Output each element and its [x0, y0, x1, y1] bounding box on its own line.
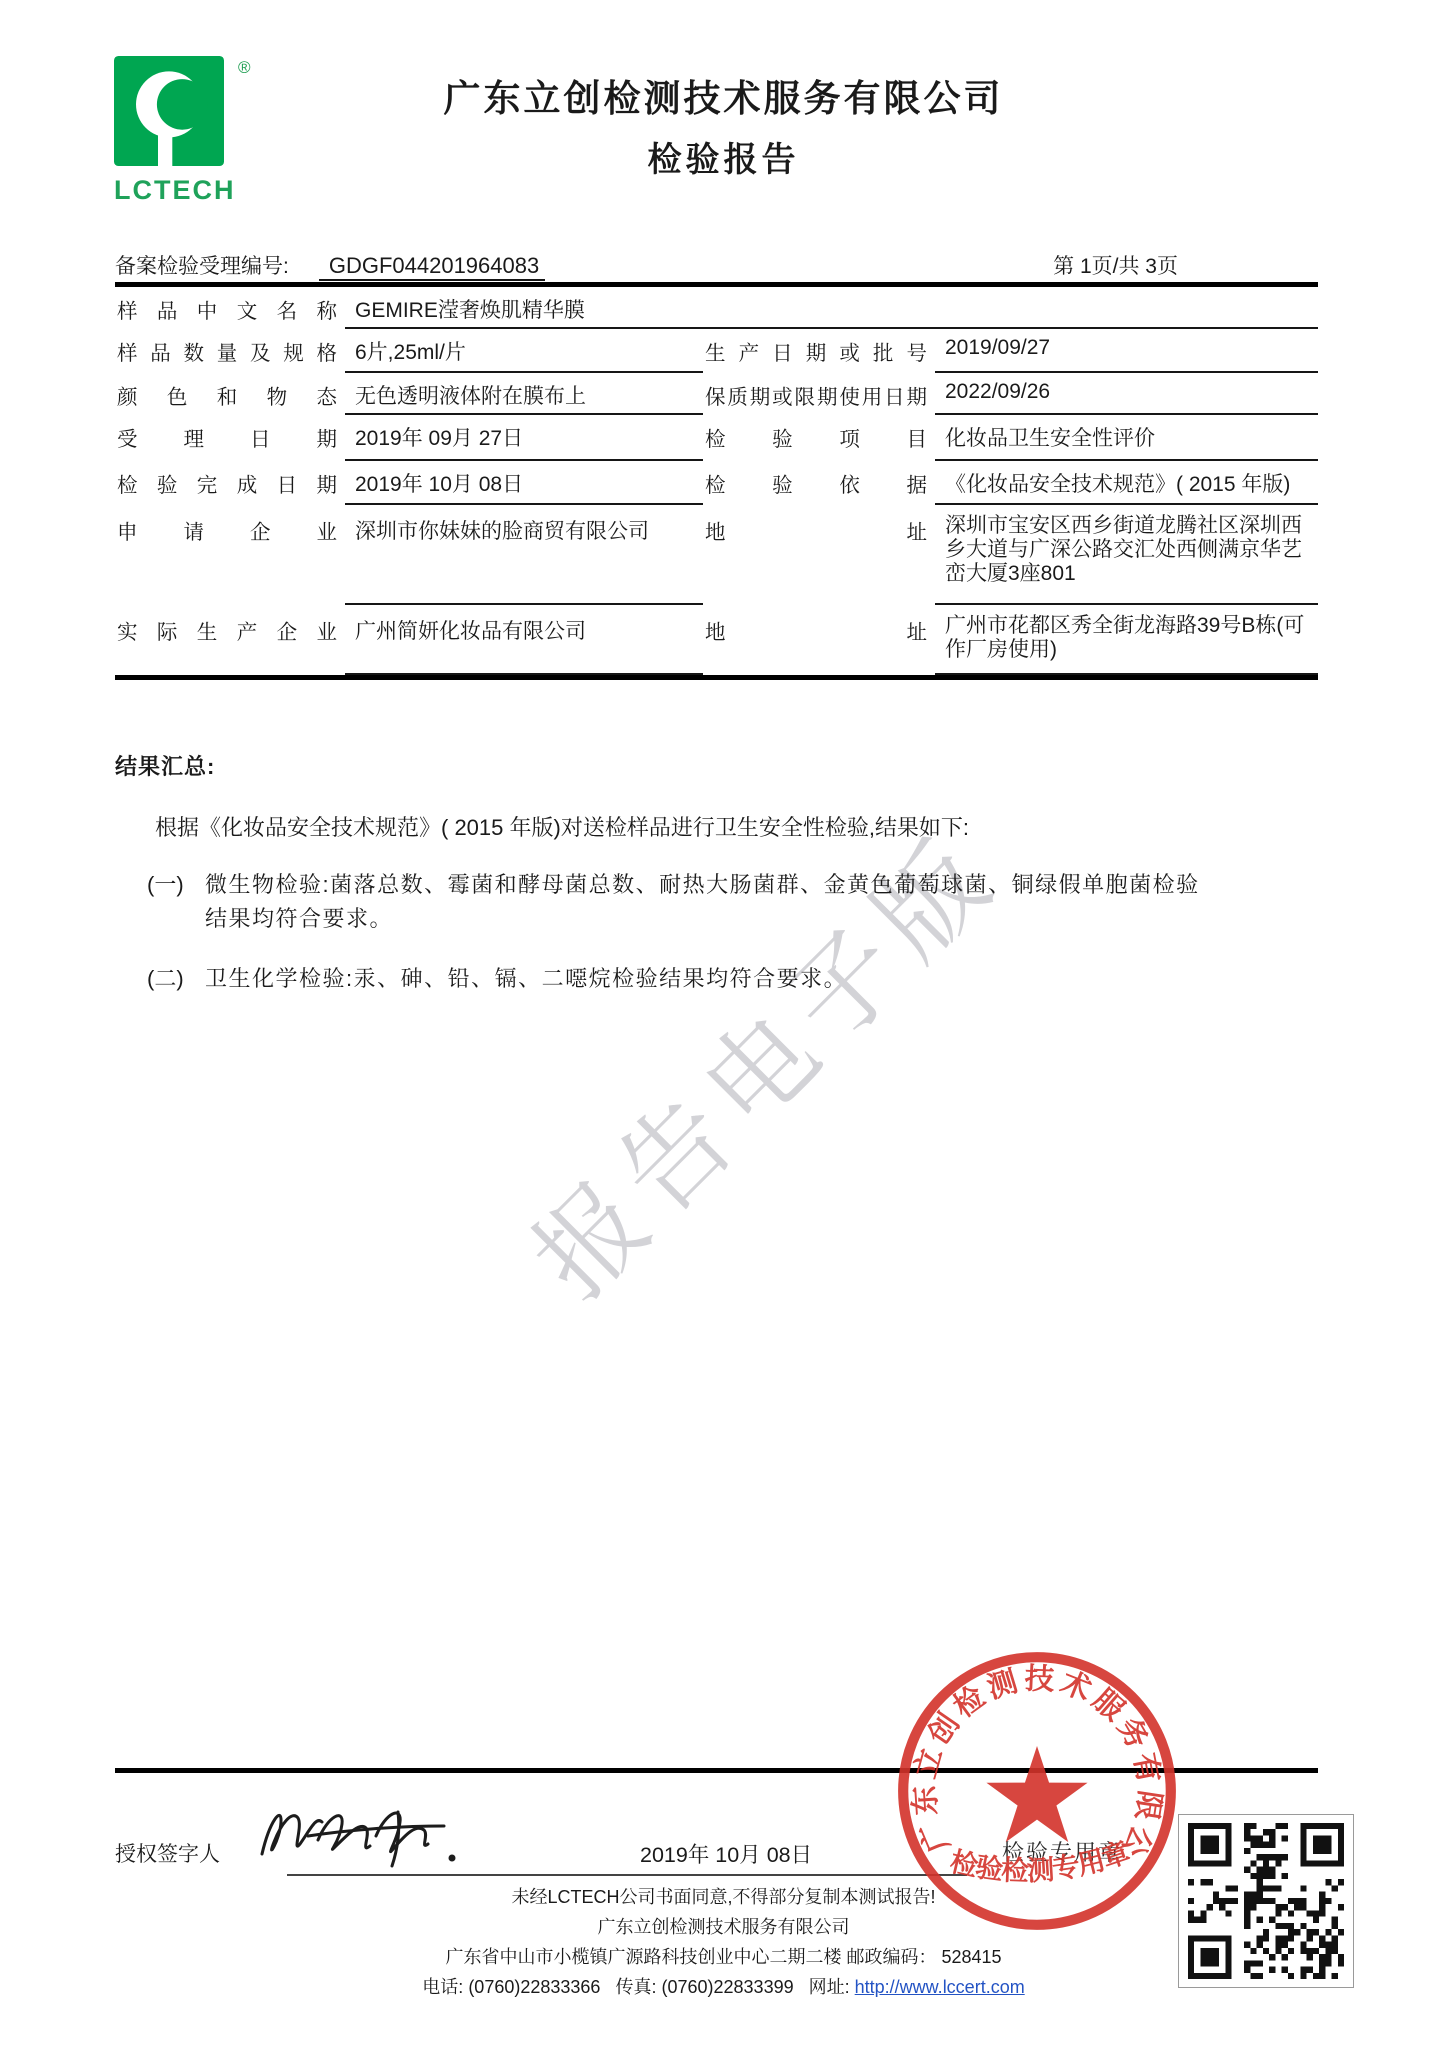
authorized-signer-label: 授权签字人 [115, 1838, 220, 1868]
table-row: 颜色和物态 无色透明液体附在膜布上 保质期或限期使用日期 2022/09/26 [115, 373, 1318, 415]
applicant-address-value: 深圳市宝安区西乡街道龙腾社区深圳西乡大道与广深公路交汇处西侧满京华艺峦大厦3座8… [935, 505, 1318, 605]
website-link[interactable]: http://www.lccert.com [855, 1977, 1025, 1997]
manufacturer-value: 广州简妍化妆品有限公司 [345, 605, 703, 675]
quantity-value: 6片,25ml/片 [345, 329, 703, 373]
company-title: 广东立创检测技术服务有限公司 [0, 68, 1447, 122]
stamp-star-icon [986, 1746, 1087, 1842]
results-intro: 根据《化妆品安全技术规范》( 2015 年版)对送检样品进行卫生安全性检验,结果… [155, 811, 1325, 842]
stamp-ring-text: 广东立创检测技术服务有限公司 [894, 1648, 1166, 1866]
acceptance-date-label: 受理日期 [115, 415, 345, 461]
manufacturer-label: 实际生产企业 [115, 605, 345, 675]
applicant-address-label: 地址 [703, 505, 935, 605]
handwritten-signature [248, 1796, 463, 1879]
expiry-value: 2022/09/26 [935, 373, 1318, 415]
result-item: (二) 卫生化学检验:汞、砷、铅、镉、二噁烷检验结果均符合要求。 [147, 962, 1325, 996]
table-row: 样品数量及规格 6片,25ml/片 生产日期或批号 2019/09/27 [115, 329, 1318, 373]
company-stamp: 广东立创检测技术服务有限公司 检验检测专用章 [894, 1648, 1180, 1934]
ref-number-row: 备案检验受理编号: GDGF044201964083 第 1页/共 3页 [115, 246, 1318, 281]
qr-code [1178, 1814, 1354, 1988]
completion-date-value: 2019年 10月 08日 [345, 461, 703, 505]
svg-text:广东立创检测技术服务有限公司: 广东立创检测技术服务有限公司 [894, 1648, 1166, 1866]
applicant-value: 深圳市你妹妹的脸商贸有限公司 [345, 505, 703, 605]
fax-label: 传真: [615, 1977, 656, 1997]
manufacturer-address-value: 广州市花都区秀全街龙海路39号B栋(可作厂房使用) [935, 605, 1318, 675]
ref-number-value: GDGF044201964083 [319, 246, 545, 281]
result-item-index: (二) [147, 962, 205, 996]
phone-label: 电话: [422, 1977, 463, 1997]
test-basis-value: 《化妆品安全技术规范》( 2015 年版) [935, 461, 1318, 505]
results-heading: 结果汇总: [115, 750, 1325, 781]
completion-date-label: 检验完成日期 [115, 461, 345, 505]
fax-value: (0760)22833399 [661, 1977, 793, 1997]
page-number: 第 1页/共 3页 [1053, 250, 1178, 280]
applicant-label: 申请企业 [115, 505, 345, 605]
report-page: ® LCTECH 广东立创检测技术服务有限公司 检验报告 备案检验受理编号: G… [0, 0, 1447, 2048]
result-item-text: 微生物检验:菌落总数、霉菌和酵母菌总数、耐热大肠菌群、金黄色葡萄球菌、铜绿假单胞… [205, 868, 1220, 936]
sample-name-value: GEMIRE滢奢焕肌精华膜 [345, 287, 1318, 329]
manufacturer-address-label: 地址 [703, 605, 935, 675]
color-state-value: 无色透明液体附在膜布上 [345, 373, 703, 415]
svg-text:检验检测专用章: 检验检测专用章 [947, 1836, 1133, 1886]
sample-name-label: 样品中文名称 [115, 287, 345, 329]
production-date-value: 2019/09/27 [935, 329, 1318, 373]
stamp-banner-text: 检验检测专用章 [947, 1836, 1133, 1886]
sample-info-table: 样品中文名称 GEMIRE滢奢焕肌精华膜 样品数量及规格 6片,25ml/片 生… [115, 282, 1318, 680]
production-date-label: 生产日期或批号 [703, 329, 935, 373]
result-item: (一) 微生物检验:菌落总数、霉菌和酵母菌总数、耐热大肠菌群、金黄色葡萄球菌、铜… [147, 868, 1325, 936]
results-summary: 结果汇总: 根据《化妆品安全技术规范》( 2015 年版)对送检样品进行卫生安全… [115, 750, 1325, 996]
table-row: 受理日期 2019年 09月 27日 检验项目 化妆品卫生安全性评价 [115, 415, 1318, 461]
test-basis-label: 检验依据 [703, 461, 935, 505]
result-item-text: 卫生化学检验:汞、砷、铅、镉、二噁烷检验结果均符合要求。 [205, 962, 847, 996]
table-row: 申请企业 深圳市你妹妹的脸商贸有限公司 地址 深圳市宝安区西乡街道龙腾社区深圳西… [115, 505, 1318, 605]
table-row: 样品中文名称 GEMIRE滢奢焕肌精华膜 [115, 287, 1318, 329]
ref-number-label: 备案检验受理编号: [115, 250, 289, 280]
table-row: 检验完成日期 2019年 10月 08日 检验依据 《化妆品安全技术规范》( 2… [115, 461, 1318, 505]
report-title: 检验报告 [0, 132, 1447, 181]
phone-value: (0760)22833366 [468, 1977, 600, 1997]
color-state-label: 颜色和物态 [115, 373, 345, 415]
table-row: 实际生产企业 广州简妍化妆品有限公司 地址 广州市花都区秀全街龙海路39号B栋(… [115, 605, 1318, 675]
expiry-label: 保质期或限期使用日期 [703, 373, 935, 415]
stamp-icon: 广东立创检测技术服务有限公司 检验检测专用章 [894, 1648, 1180, 1934]
signature-underline [287, 1874, 967, 1876]
test-item-label: 检验项目 [703, 415, 935, 461]
sign-date: 2019年 10月 08日 [640, 1838, 812, 1869]
acceptance-date-value: 2019年 09月 27日 [345, 415, 703, 461]
test-item-value: 化妆品卫生安全性评价 [935, 415, 1318, 461]
result-item-index: (一) [147, 868, 205, 936]
web-label: 网址: [809, 1977, 850, 1997]
quantity-label: 样品数量及规格 [115, 329, 345, 373]
